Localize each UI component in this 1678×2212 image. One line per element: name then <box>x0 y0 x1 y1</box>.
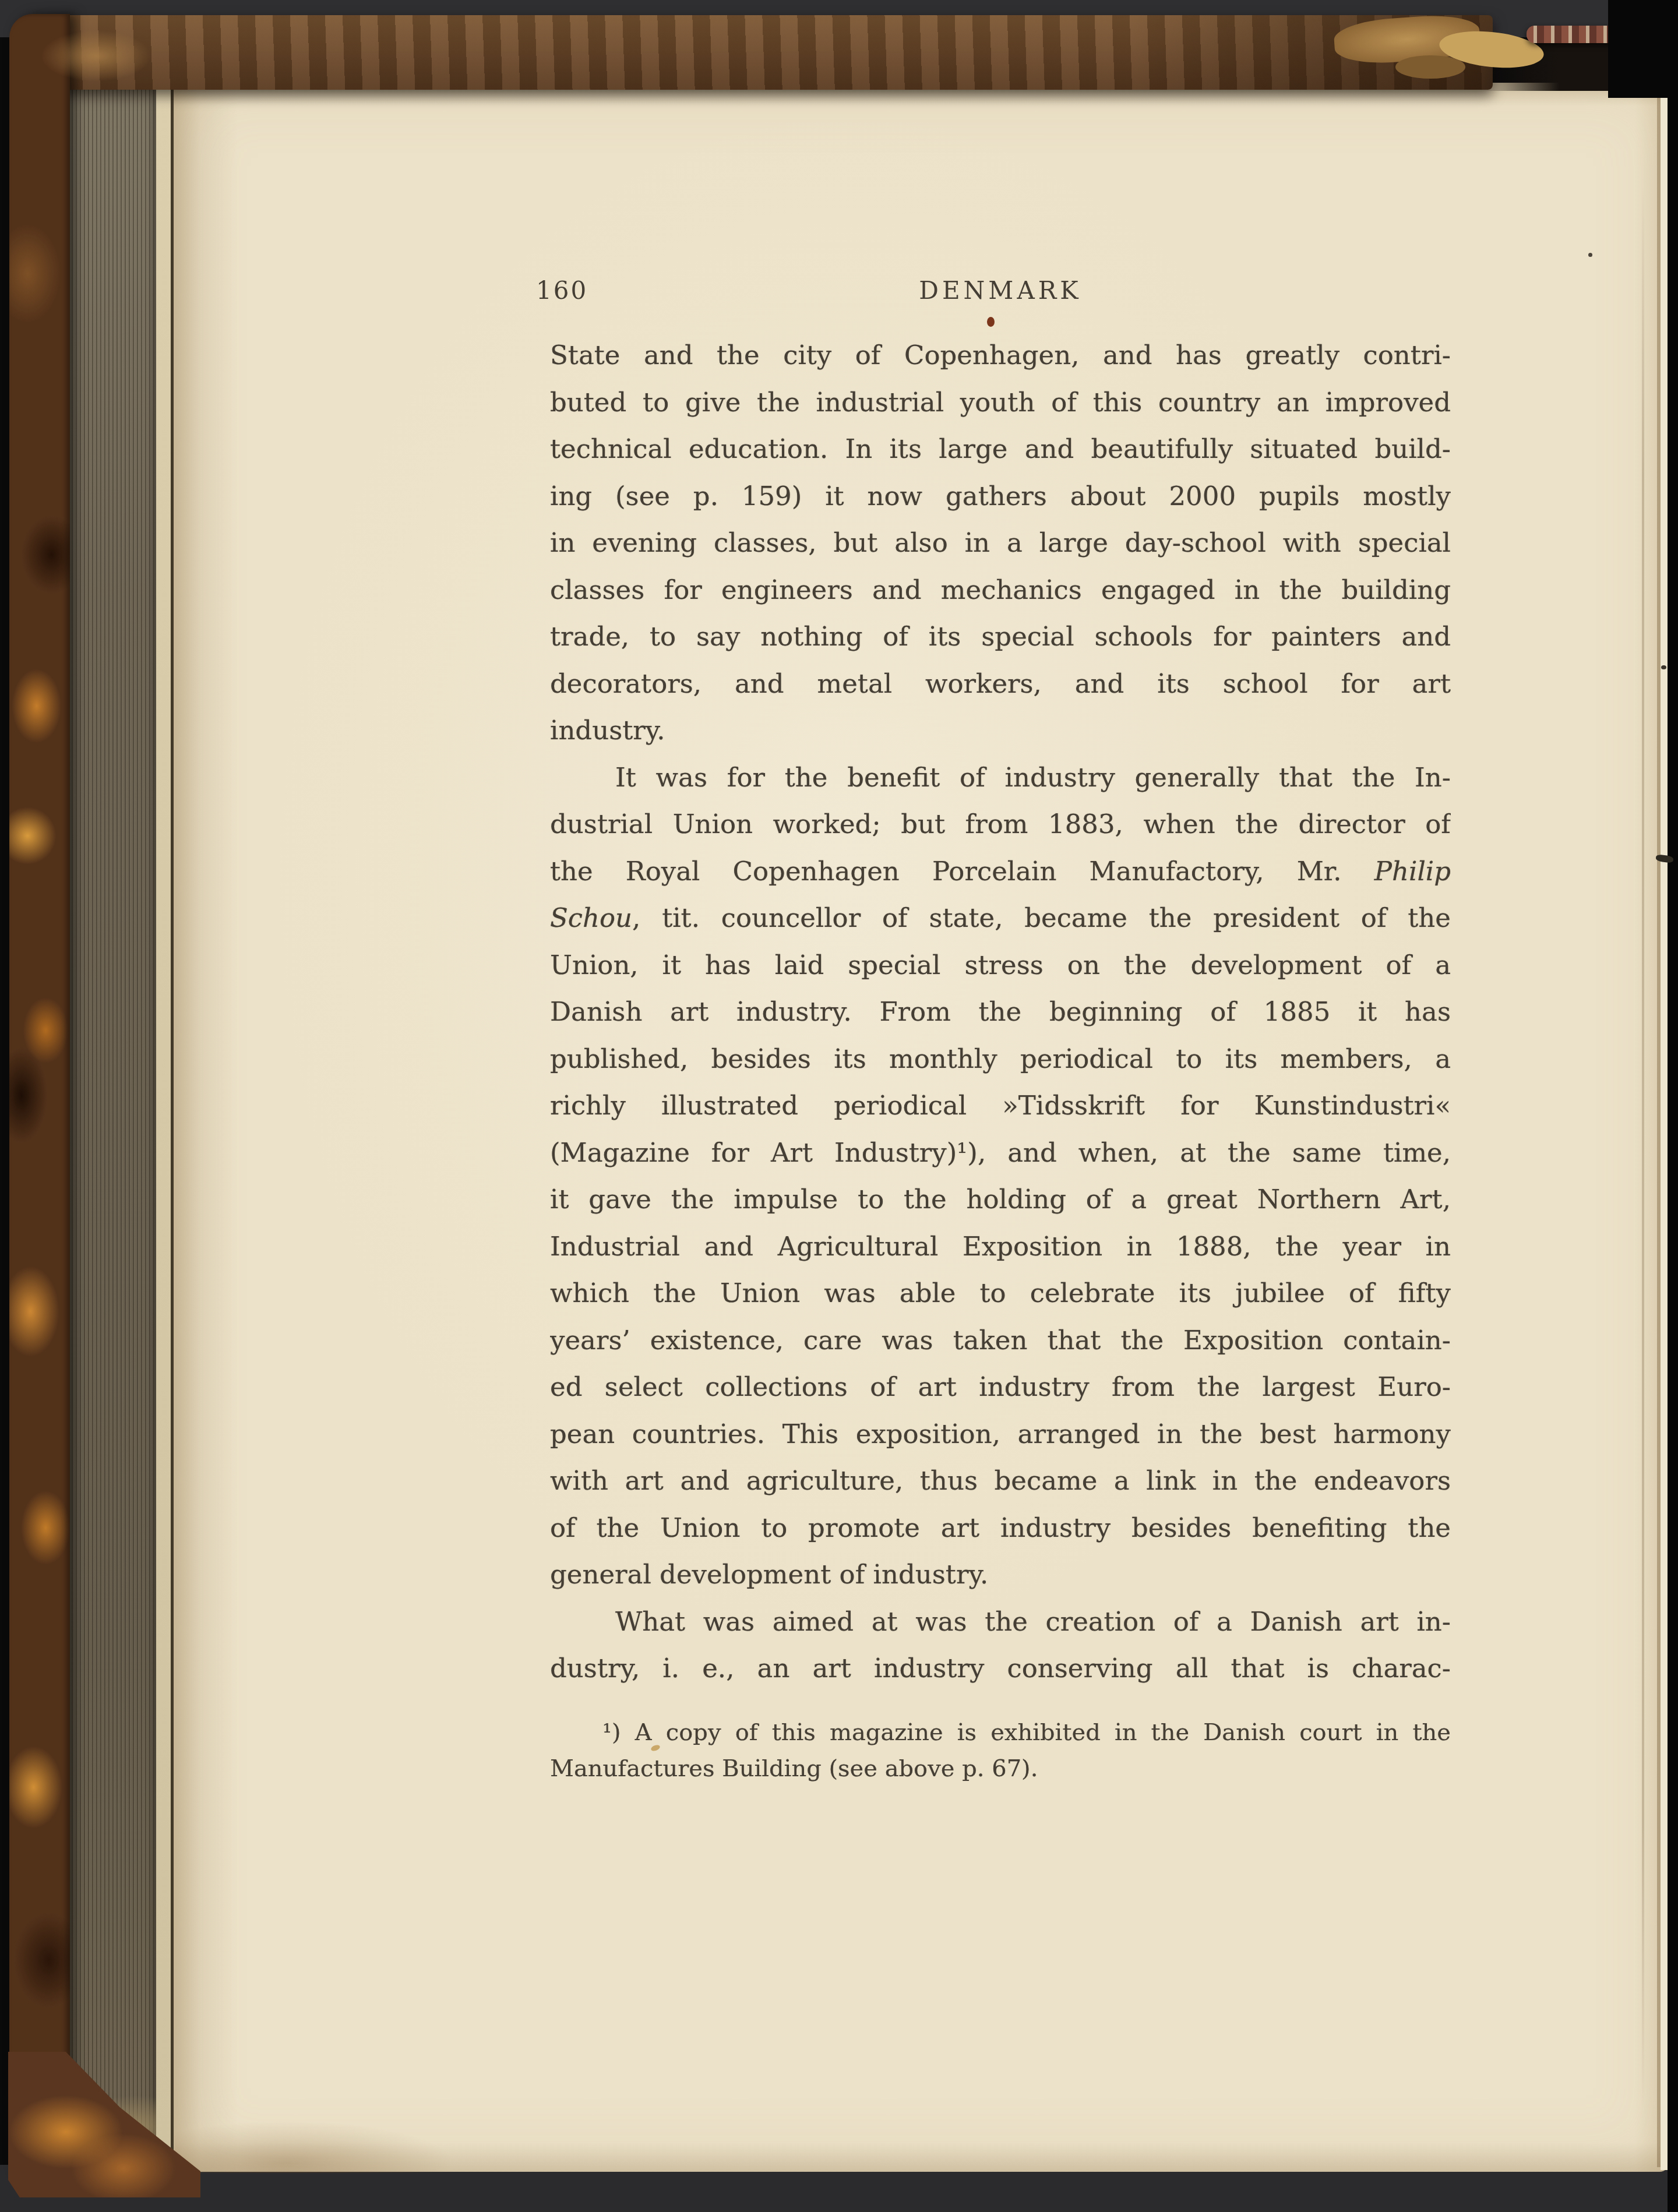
body-text-line: buted to give the industrial youth of th… <box>550 379 1451 426</box>
body-text-line: it gave the impulse to the holding of a … <box>550 1176 1451 1223</box>
body-text-line: Union, it has laid special stress on the… <box>550 942 1451 989</box>
body-text-line: years’ existence, care was taken that th… <box>550 1317 1451 1364</box>
page-number: 160 <box>536 276 588 306</box>
body-text-line: Schou, tit. councellor of state, became … <box>550 895 1451 942</box>
body-text-line: the Royal Copenhagen Porcelain Manufacto… <box>550 848 1451 895</box>
leather-worn-patch <box>41 30 151 82</box>
page-header: 160 DENMARK <box>550 276 1451 308</box>
leather-cover-spine <box>9 14 70 2176</box>
footnote-line: Manufactures Building (see above p. 67). <box>550 1751 1451 1787</box>
body-text-line: trade, to say nothing of its special sch… <box>550 613 1451 661</box>
ink-spot <box>987 317 995 327</box>
body-text-line: classes for engineers and mechanics enga… <box>550 567 1451 614</box>
running-title: DENMARK <box>919 276 1081 306</box>
leather-cover-top <box>30 15 1493 90</box>
paper-speck <box>1588 253 1592 257</box>
body-text-line: general development of industry. <box>550 1551 1451 1599</box>
body-text-line: (Magazine for Art Industry)¹), and when,… <box>550 1130 1451 1177</box>
body-text-line: ing (see p. 159) it now gathers about 20… <box>550 473 1451 520</box>
body-text-line: Industrial and Agricultural Exposition i… <box>550 1223 1451 1271</box>
underlying-page-edge <box>156 82 174 2166</box>
book-page-edges <box>68 78 157 2164</box>
footnote-line: ¹) A copy of this magazine is exhibited … <box>550 1714 1451 1751</box>
body-text: State and the city of Copenhagen, and ha… <box>550 332 1451 1692</box>
body-text-line: richly illustrated periodical »Tidsskrif… <box>550 1082 1451 1130</box>
body-text-line: decorators, and metal workers, and its s… <box>550 661 1451 708</box>
scanned-book-page: 160 DENMARK State and the city of Copenh… <box>0 0 1678 2212</box>
body-text-line: in evening classes, but also in a large … <box>550 520 1451 567</box>
body-text-line: What was aimed at was the creation of a … <box>550 1599 1451 1646</box>
body-text-line: published, besides its monthly periodica… <box>550 1036 1451 1083</box>
paper-speck <box>1661 665 1666 669</box>
body-text-line: It was for the benefit of industry gener… <box>550 754 1451 802</box>
body-text-line: Danish art industry. From the beginning … <box>550 989 1451 1036</box>
body-text-line: ed select collections of art industry fr… <box>550 1364 1451 1411</box>
body-text-line: of the Union to promote art industry bes… <box>550 1505 1451 1552</box>
footnote-text: ¹) A copy of this magazine is exhibited … <box>550 1714 1451 1787</box>
right-edge-background <box>1668 0 1678 2212</box>
body-text-line: technical education. In its large and be… <box>550 426 1451 473</box>
page-bottom-stain <box>175 2121 454 2173</box>
body-text-line: industry. <box>550 707 1451 754</box>
cover-damage-patch <box>1395 55 1465 79</box>
page-crease <box>1642 186 1644 2109</box>
body-text-line: with art and agriculture, thus became a … <box>550 1458 1451 1505</box>
body-text-line: which the Union was able to celebrate it… <box>550 1270 1451 1317</box>
body-text-line: dustrial Union worked; but from 1883, wh… <box>550 801 1451 848</box>
body-text-line: pean countries. This exposition, arrange… <box>550 1411 1451 1458</box>
body-text-line: dustry, i. e., an art industry conservin… <box>550 1645 1451 1692</box>
body-text-line: State and the city of Copenhagen, and ha… <box>550 332 1451 379</box>
